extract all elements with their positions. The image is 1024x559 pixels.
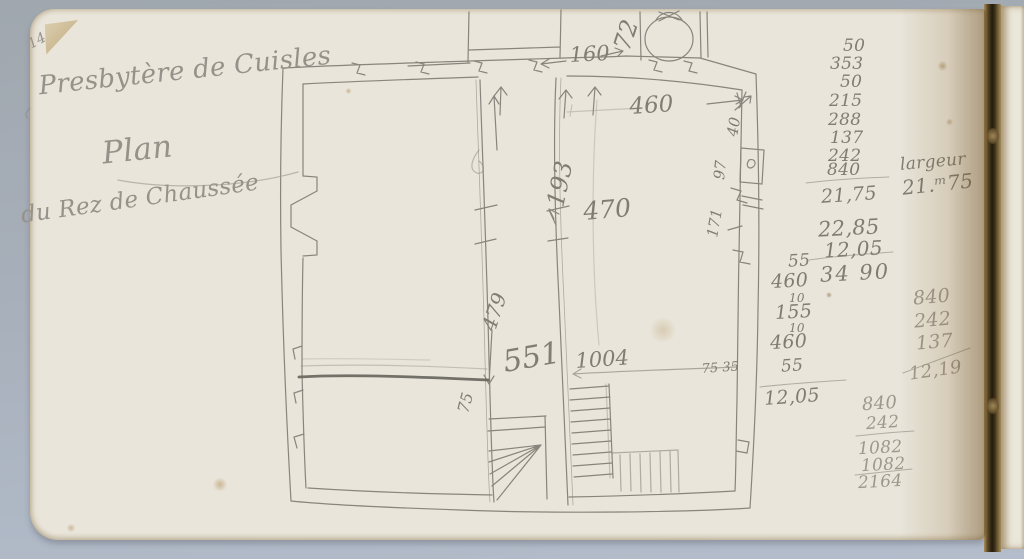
binding-gutter	[984, 4, 1001, 552]
dim-wall-right: 75 35	[701, 359, 739, 377]
dim-corridor-length: 479	[477, 290, 512, 335]
calc-row: 460	[769, 330, 807, 354]
calc-row: 50	[843, 36, 865, 56]
binding-knot	[987, 398, 999, 414]
dim-right-wall-97: 97	[710, 159, 730, 180]
calc-total: 12,05	[763, 384, 820, 410]
calc-row: 840	[827, 160, 860, 180]
calc-total: 21,75	[820, 182, 877, 208]
binding-knot	[987, 128, 999, 144]
calc-row: 137	[915, 329, 954, 354]
dim-porch-width: 160	[569, 41, 610, 67]
dim-room-right: 470	[581, 193, 632, 226]
scanned-notebook-photo: 160 72 460 193 470 479 551 1004 75 35 75…	[0, 0, 1024, 559]
calc-row: 840	[912, 284, 951, 309]
adjacent-page-edge	[1001, 6, 1024, 549]
calc-row: 288	[828, 110, 861, 130]
calc-total: 2164	[858, 471, 903, 493]
dim-well-width: 72	[608, 16, 644, 54]
calc-total: 34 90	[819, 259, 890, 287]
calc-row: 137	[830, 128, 863, 148]
calc-row: 242	[913, 307, 952, 332]
calc-row: 460	[770, 269, 808, 293]
calc-row: 242	[865, 412, 900, 434]
dim-corridor-width-bottom: 75	[454, 390, 478, 415]
dim-hall: 551	[500, 335, 562, 379]
calc-row: 353	[830, 54, 863, 74]
dim-room-length: 1004	[575, 345, 630, 373]
dim-right-wall-40: 40	[723, 115, 744, 138]
calc-row: 50	[840, 72, 862, 92]
dim-right-wall-171: 171	[703, 207, 726, 238]
dim-room-width-top: 460	[628, 91, 675, 120]
sketch-subtitle-plan: Plan	[100, 128, 174, 171]
calc-row: 12,05	[823, 235, 883, 262]
calc-row: 55	[780, 355, 804, 377]
dim-corridor-width-top: 193	[541, 159, 578, 210]
calc-row: 215	[829, 91, 862, 111]
